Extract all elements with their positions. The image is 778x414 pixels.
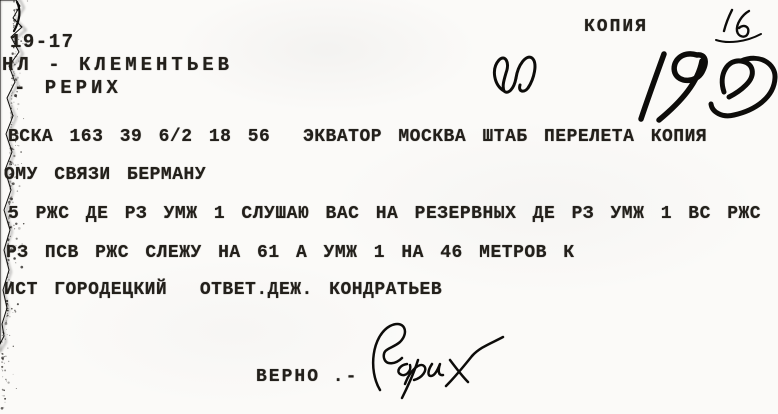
certified-label: ВЕРНО .- (256, 367, 358, 387)
body-line-3: 5 РЖС ДЕ РЗ УМЖ 1 СЛУШАЮ ВАС НА РЕЗЕРВНЫ… (8, 204, 761, 224)
body-line-4: РЗ ПСВ РЖС СЛЕЖУ НА 61 А УМЖ 1 НА 46 МЕТ… (6, 243, 575, 263)
handwritten-number-192 (590, 42, 778, 137)
copy-stamp: КОПИЯ (584, 17, 648, 37)
header-line-rerikh: - РЕРИХ (14, 77, 122, 99)
header-line-klementev: НЛ - КЛЕМЕНТЬЕВ (2, 54, 233, 76)
header-time-number: 19-17 (10, 31, 75, 53)
body-line-1: ВСКА 163 39 6/2 18 56 ЭКВАТОР МОСКВА ШТА… (8, 127, 707, 147)
handwritten-sheet-number-16 (714, 7, 764, 45)
signature-rerikh (350, 318, 520, 402)
handwritten-mark (484, 47, 564, 105)
telegram-document: 19-17 НЛ - КЛЕМЕНТЬЕВ - РЕРИХ КОПИЯ ВСКА… (0, 0, 778, 414)
body-line-2: ОМУ СВЯЗИ БЕРМАНУ (4, 165, 206, 185)
body-line-5: ИСТ ГОРОДЕЦКИЙ ОТВЕТ.ДЕЖ. КОНДРАТЬЕВ (4, 280, 442, 300)
